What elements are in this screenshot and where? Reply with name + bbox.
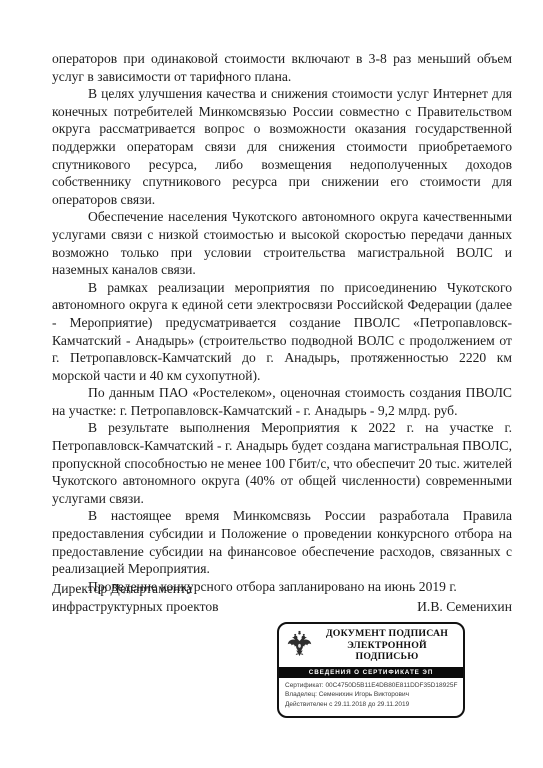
paragraph: Обеспечение населения Чукотского автоном… [52, 208, 512, 278]
owner-label: Владелец: [285, 691, 317, 698]
electronic-signature-stamp: ДОКУМЕНТ ПОДПИСАН ЭЛЕКТРОННОЙ ПОДПИСЬЮ С… [277, 622, 465, 718]
signer-name: И.В. Семенихин [417, 598, 512, 616]
signer-position: Директор Департамента инфраструктурных п… [52, 580, 219, 616]
russia-coat-of-arms-icon [287, 630, 312, 660]
certificate-value: 00C4750D5B11E4DB80E811DDF35D18925F [325, 682, 457, 689]
signature-block: Директор Департамента инфраструктурных п… [52, 580, 512, 616]
stamp-title-line1: ДОКУМЕНТ ПОДПИСАН [317, 628, 457, 640]
paragraph: В целях улучшения качества и снижения ст… [52, 85, 512, 208]
paragraph: По данным ПАО «Ростелеком», оценочная ст… [52, 384, 512, 419]
owner-value: Семенихин Игорь Викторович [319, 691, 409, 698]
certificate-owner-line: Владелец: Семенихин Игорь Викторович [285, 690, 459, 700]
stamp-title: ДОКУМЕНТ ПОДПИСАН ЭЛЕКТРОННОЙ ПОДПИСЬЮ [317, 628, 457, 663]
certificate-label: Сертификат: [285, 682, 324, 689]
signer-position-line1: Директор Департамента [52, 580, 219, 598]
certificate-number-line: Сертификат: 00C4750D5B11E4DB80E811DDF35D… [285, 681, 459, 691]
signer-position-line2: инфраструктурных проектов [52, 598, 219, 616]
stamp-header: ДОКУМЕНТ ПОДПИСАН ЭЛЕКТРОННОЙ ПОДПИСЬЮ [279, 624, 463, 665]
stamp-certificate-bar: СВЕДЕНИЯ О СЕРТИФИКАТЕ ЭП [279, 667, 463, 678]
certificate-validity-line: Действителен с 29.11.2018 до 29.11.2019 [285, 700, 459, 710]
paragraph: В рамках реализации мероприятия по присо… [52, 279, 512, 385]
stamp-certificate-info: Сертификат: 00C4750D5B11E4DB80E811DDF35D… [279, 678, 463, 710]
paragraph: В результате выполнения Мероприятия к 20… [52, 419, 512, 507]
stamp-title-line2: ЭЛЕКТРОННОЙ ПОДПИСЬЮ [317, 640, 457, 663]
paragraph: В настоящее время Минкомсвязь России раз… [52, 507, 512, 577]
document-page: операторов при одинаковой стоимости вклю… [0, 0, 543, 768]
document-body: операторов при одинаковой стоимости вклю… [52, 50, 512, 595]
paragraph: операторов при одинаковой стоимости вклю… [52, 50, 512, 85]
